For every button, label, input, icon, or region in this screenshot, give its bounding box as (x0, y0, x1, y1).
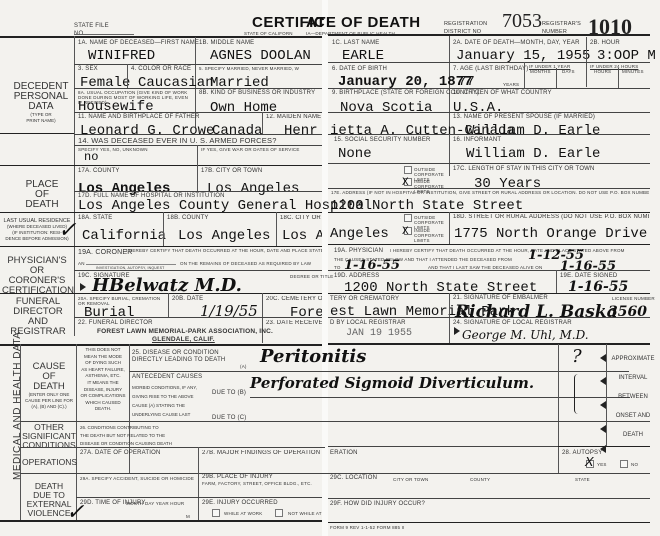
rule (328, 446, 558, 447)
label-25c: DUE TO (C) (212, 415, 246, 421)
label-29d-sub: MONTH DAY YEAR HOUR (126, 501, 184, 506)
label-days: DAYS (562, 69, 575, 74)
inside-corp-mark-18: X (402, 226, 409, 238)
armed-forces: no (84, 150, 98, 164)
label-19d: 19d. ADDRESS (334, 273, 379, 279)
label-1b: 1b. MIDDLE NAME (199, 40, 254, 46)
divider (76, 344, 77, 520)
rule (20, 447, 325, 448)
label-24: 24. SIGNATURE OF LOCAL REGISTRAR (453, 320, 572, 326)
rule (74, 270, 322, 271)
autopsy-yes-label: YES (597, 462, 607, 467)
residence-county: Los Angeles (178, 228, 270, 244)
label-18d: 18d. STREET OR RURAL ADDRESS (DO NOT USE… (453, 214, 649, 220)
divider (197, 145, 198, 165)
label-6: 6. DATE OF BIRTH (332, 66, 387, 72)
ssn: None (338, 146, 372, 162)
label-17b: 17b. CITY OR TOWN (201, 168, 262, 174)
rule (328, 212, 650, 213)
label-23: 23. DATE RECEIVED BY LOCAL REGISTRAR (266, 320, 322, 326)
label-23-right: D BY LOCAL REGISTRAR (330, 320, 406, 326)
rule (328, 134, 650, 135)
label-14-war: IF YES, GIVE WAR OR DATES OF SERVICE (201, 147, 300, 152)
divider (163, 212, 164, 246)
label-29b: 29b. PLACE OF INJURY (202, 474, 322, 480)
label-25b: DUE TO (B) (212, 390, 246, 396)
label-7: 7. AGE (LAST BIRTHDAY) (453, 66, 528, 72)
divider (20, 344, 21, 520)
label-29a: 29a. SPECIFY ACCIDENT, SUICIDE OR HOMICI… (80, 476, 194, 481)
outside-corp-limits-checkbox-17[interactable] (404, 166, 412, 174)
title-right: ATE OF DEATH (306, 14, 421, 31)
divider (556, 68, 557, 88)
label-1a: 1a. NAME OF DECEASED—FIRST NAME (78, 40, 199, 46)
divider (524, 62, 525, 88)
section-physician-certification: PHYSICIAN'SOR CORONER'SCERTIFICATION (2, 256, 72, 296)
rule (74, 191, 322, 192)
cause-b: Perforated Sigmoid Diverticulum. (250, 374, 534, 392)
label-12: 12. MAIDEN NAME AND BIRTHPLACE OF MOTHER (266, 114, 322, 120)
inside-corp-label: INSIDE CORPORATE LIMITS (414, 228, 444, 243)
informant: William D. Earle (466, 146, 600, 162)
while-at-work-label: WHILE AT WORK (224, 511, 262, 516)
cemetery-left: Fore (290, 305, 322, 321)
autopsy-no-checkbox[interactable] (620, 460, 628, 468)
label-29c: 29c. LOCATION (330, 475, 377, 481)
rule (328, 270, 650, 271)
section-place-of-death: PLACEOFDEATH (18, 180, 66, 210)
check-mark-icon: ✓ (66, 500, 84, 525)
rule (0, 165, 322, 166)
registrar-signature: George M. Uhl, M.D. (462, 328, 589, 342)
rule (76, 497, 322, 498)
last-seen-date: 1-16-55 (560, 259, 616, 274)
label-29c-city: CITY OR TOWN (393, 477, 428, 482)
arrow-icon (80, 283, 86, 291)
label-29b-sub: FARM, FACTORY, STREET, OFFICE BLDG., ETC… (202, 481, 322, 486)
divider (197, 165, 198, 191)
label-4: 4. COLOR OR RACE (131, 66, 191, 72)
check-mark-icon: ✓ (58, 218, 76, 243)
degree-label: DEGREE OR TITLE (290, 274, 333, 279)
while-at-work-checkbox[interactable] (212, 509, 220, 517)
form-number: FORM 9 REV 1-1-52 FORM 885 II (330, 525, 405, 530)
interval-label: APPROXIMATEINTERVALBETWEENONSET ANDDEATH (606, 350, 660, 445)
funeral-director: FOREST LAWN MEMORIAL-PARK ASSOCIATION, I… (97, 328, 273, 335)
label-14: 14. WAS DECEASED EVER IN U. S. ARMED FOR… (78, 136, 277, 145)
death-certificate: STATE FILE No CERTIFIC ATE OF DEATH STAT… (0, 0, 660, 536)
rule (328, 522, 650, 523)
rule (328, 343, 650, 345)
autopsy-no-label: NO (631, 462, 638, 467)
not-while-at-work-label: NOT WHILE AT WORK (288, 511, 322, 516)
divider (276, 212, 277, 246)
label-29c-state: STATE (575, 477, 590, 482)
blank-line (86, 264, 176, 265)
rule (74, 145, 322, 146)
rule (328, 293, 650, 294)
divider (558, 344, 559, 473)
label-29d-m: M (186, 514, 190, 519)
label-19a-coroner: 19a. CORONER (78, 249, 133, 256)
label-10: 10. CITIZEN OF WHAT COUNTRY (453, 90, 552, 96)
divider (262, 293, 263, 343)
rule (74, 112, 322, 113)
label-2a: 2a. DATE OF DEATH—MONTH, DAY, YEAR (453, 40, 580, 46)
rule (250, 397, 630, 398)
label-5: 5. SPECIFY MARRIED, NEVER MARRIED, WIDOW… (199, 66, 299, 71)
label-18a: 18a. STATE (78, 215, 112, 221)
label-13: 13. NAME OF PRESENT SPOUSE (IF MARRIED) (453, 114, 595, 120)
age-unit: YEARS (503, 82, 519, 87)
label-11: 11. NAME AND BIRTHPLACE OF FATHER (78, 114, 200, 120)
coroner-an: AN (78, 261, 85, 266)
label-20c: 20c. CEMETERY OR CREMATORY (266, 296, 322, 302)
rule (0, 133, 74, 134)
antecedent-text: MORBID CONDITIONS, IF ANY,GIVING RISE TO… (132, 383, 197, 419)
residence-city-right: Angeles (330, 226, 389, 242)
embalmer-signature: Richard L. Baska (455, 302, 618, 322)
label-27b: 27b. MAJOR FINDINGS OF OPERATION (202, 450, 322, 456)
label-hours: HOURS (594, 69, 611, 74)
divider (449, 293, 450, 343)
divider (556, 270, 557, 293)
rule (74, 88, 322, 89)
divider (262, 112, 263, 134)
physician-text: I HEREBY CERTIFY THAT DEATH OCCURRED AT … (390, 248, 650, 253)
divider (127, 64, 128, 88)
interval-a: ? (572, 346, 582, 367)
coroner-line2: ON THE REMAINS OF DECEASED AS REQUIRED B… (180, 261, 322, 266)
date-received: JAN 19 1955 (346, 328, 412, 339)
rule (328, 163, 650, 164)
rule (74, 134, 322, 135)
label-26: 26. CONDITIONS CONTRIBUTING TOTHE DEATH … (80, 424, 172, 448)
section-other-significant-conditions: OTHERSIGNIFICANTCONDITIONS (22, 423, 76, 450)
label-29c-county: COUNTY (470, 477, 490, 482)
residence-city-left: Los Angeles (282, 228, 322, 244)
label-17a: 17a. COUNTY (78, 168, 120, 174)
antecedent-causes-label: ANTECEDENT CAUSES (132, 374, 202, 380)
middle-name: AGNES DOOLAN (210, 48, 311, 64)
label-17e: 17e. ADDRESS (IF NOT IN HOSPITAL OR INST… (331, 190, 649, 195)
label-1c: 1c. LAST NAME (332, 40, 380, 46)
rule (328, 188, 650, 189)
arrow-icon (454, 327, 460, 335)
rule (129, 371, 629, 372)
rule (328, 112, 650, 113)
label-17c: 17c. LENGTH OF STAY IN THIS CITY OR TOWN (453, 166, 595, 172)
license-number-label: LICENSE NUMBER (612, 296, 655, 301)
label-16: 16. INFORMANT (453, 137, 501, 143)
registrars-number: 1010 (588, 14, 632, 40)
interval-brace (574, 374, 580, 414)
rule (328, 498, 650, 499)
header-rule-right (328, 34, 650, 36)
label-29e: 29e. INJURY OCCURRED (202, 500, 278, 506)
label-20c-right: TERY OR CREMATORY (330, 296, 399, 302)
autopsy-mark: X (585, 455, 593, 471)
coroner-text: I HEREBY CERTIFY THAT DEATH OCCURRED AT … (126, 248, 322, 253)
rule (0, 246, 322, 247)
label-22: 22. FUNERAL DIRECTOR (78, 320, 153, 326)
not-while-at-work-checkbox[interactable] (275, 509, 283, 517)
rule (558, 446, 650, 447)
rule (74, 64, 322, 65)
label-27b-right: ERATION (330, 450, 358, 456)
label-29f: 29f. HOW DID INJURY OCCUR? (330, 501, 425, 507)
outside-corp-limits-checkbox-18[interactable] (404, 214, 412, 222)
residence-state: California (82, 228, 166, 244)
rule (20, 473, 650, 474)
funeral-director-city: GLENDALE, CALIF. (152, 336, 215, 343)
label-25a: (A) (240, 364, 247, 369)
rule (0, 520, 322, 522)
registration-district-number: 7053 (502, 10, 542, 33)
label-8b: 8b. KIND OF BUSINESS OR INDUSTRY (199, 90, 315, 96)
section-decedent-personal-data: DECEDENTPERSONALDATA (TYPE ORPRINT NAME) (12, 82, 70, 124)
rule (328, 317, 650, 318)
section-divider (74, 36, 75, 336)
label-20b: 20b. DATE (172, 296, 203, 302)
label-18c: 18c. CITY OR TOWN (280, 215, 322, 221)
file-no-line (74, 34, 134, 35)
rule (328, 244, 650, 245)
mother-name-left: Henr (284, 123, 318, 139)
rule (74, 317, 322, 318)
physician-signature: HBelwatz M.D. (92, 275, 242, 296)
label-19a-physician: 19a. PHYSICIAN (334, 248, 383, 254)
header-rule-left (0, 36, 322, 38)
label-minutes: MINUTES (622, 69, 644, 74)
label-2b: 2b. HOUR (590, 40, 620, 46)
scan-seam (322, 0, 328, 536)
label-3: 3. SEX (78, 66, 98, 72)
label-15: 15. SOCIAL SECURITY NUMBER (334, 137, 431, 143)
rule (328, 62, 650, 63)
label-28: 28. AUTOPSY (562, 450, 602, 456)
birthplace: Nova Scotia (340, 100, 432, 116)
label-25: 25. DISEASE OR CONDITION DIRECTLY LEADIN… (132, 350, 232, 364)
cause-note: THIS DOES NOTMEAN THE MODEOF DYING SUCHA… (78, 347, 128, 413)
section-operations: OPERATIONS (22, 457, 76, 467)
disposition: Burial (84, 305, 134, 321)
label-27a: 27a. DATE OF OPERATION (80, 450, 161, 456)
label-18b: 18b. COUNTY (167, 215, 209, 221)
divider (618, 68, 619, 88)
residence-street: 1775 North Orange Drive (454, 226, 647, 242)
label-months: MONTHS (530, 69, 551, 74)
rule (328, 421, 650, 422)
label-21: 21. SIGNATURE OF EMBALMER (453, 295, 548, 301)
cause-a: Peritonitis (260, 346, 366, 367)
divider (449, 212, 450, 244)
section-cause-of-death: CAUSEOFDEATH (ENTER ONLY ONECAUSE PER LI… (22, 362, 76, 410)
divider (168, 293, 169, 317)
rule (328, 88, 650, 89)
first-name: WINIFRED (88, 48, 155, 64)
divider (198, 447, 199, 520)
